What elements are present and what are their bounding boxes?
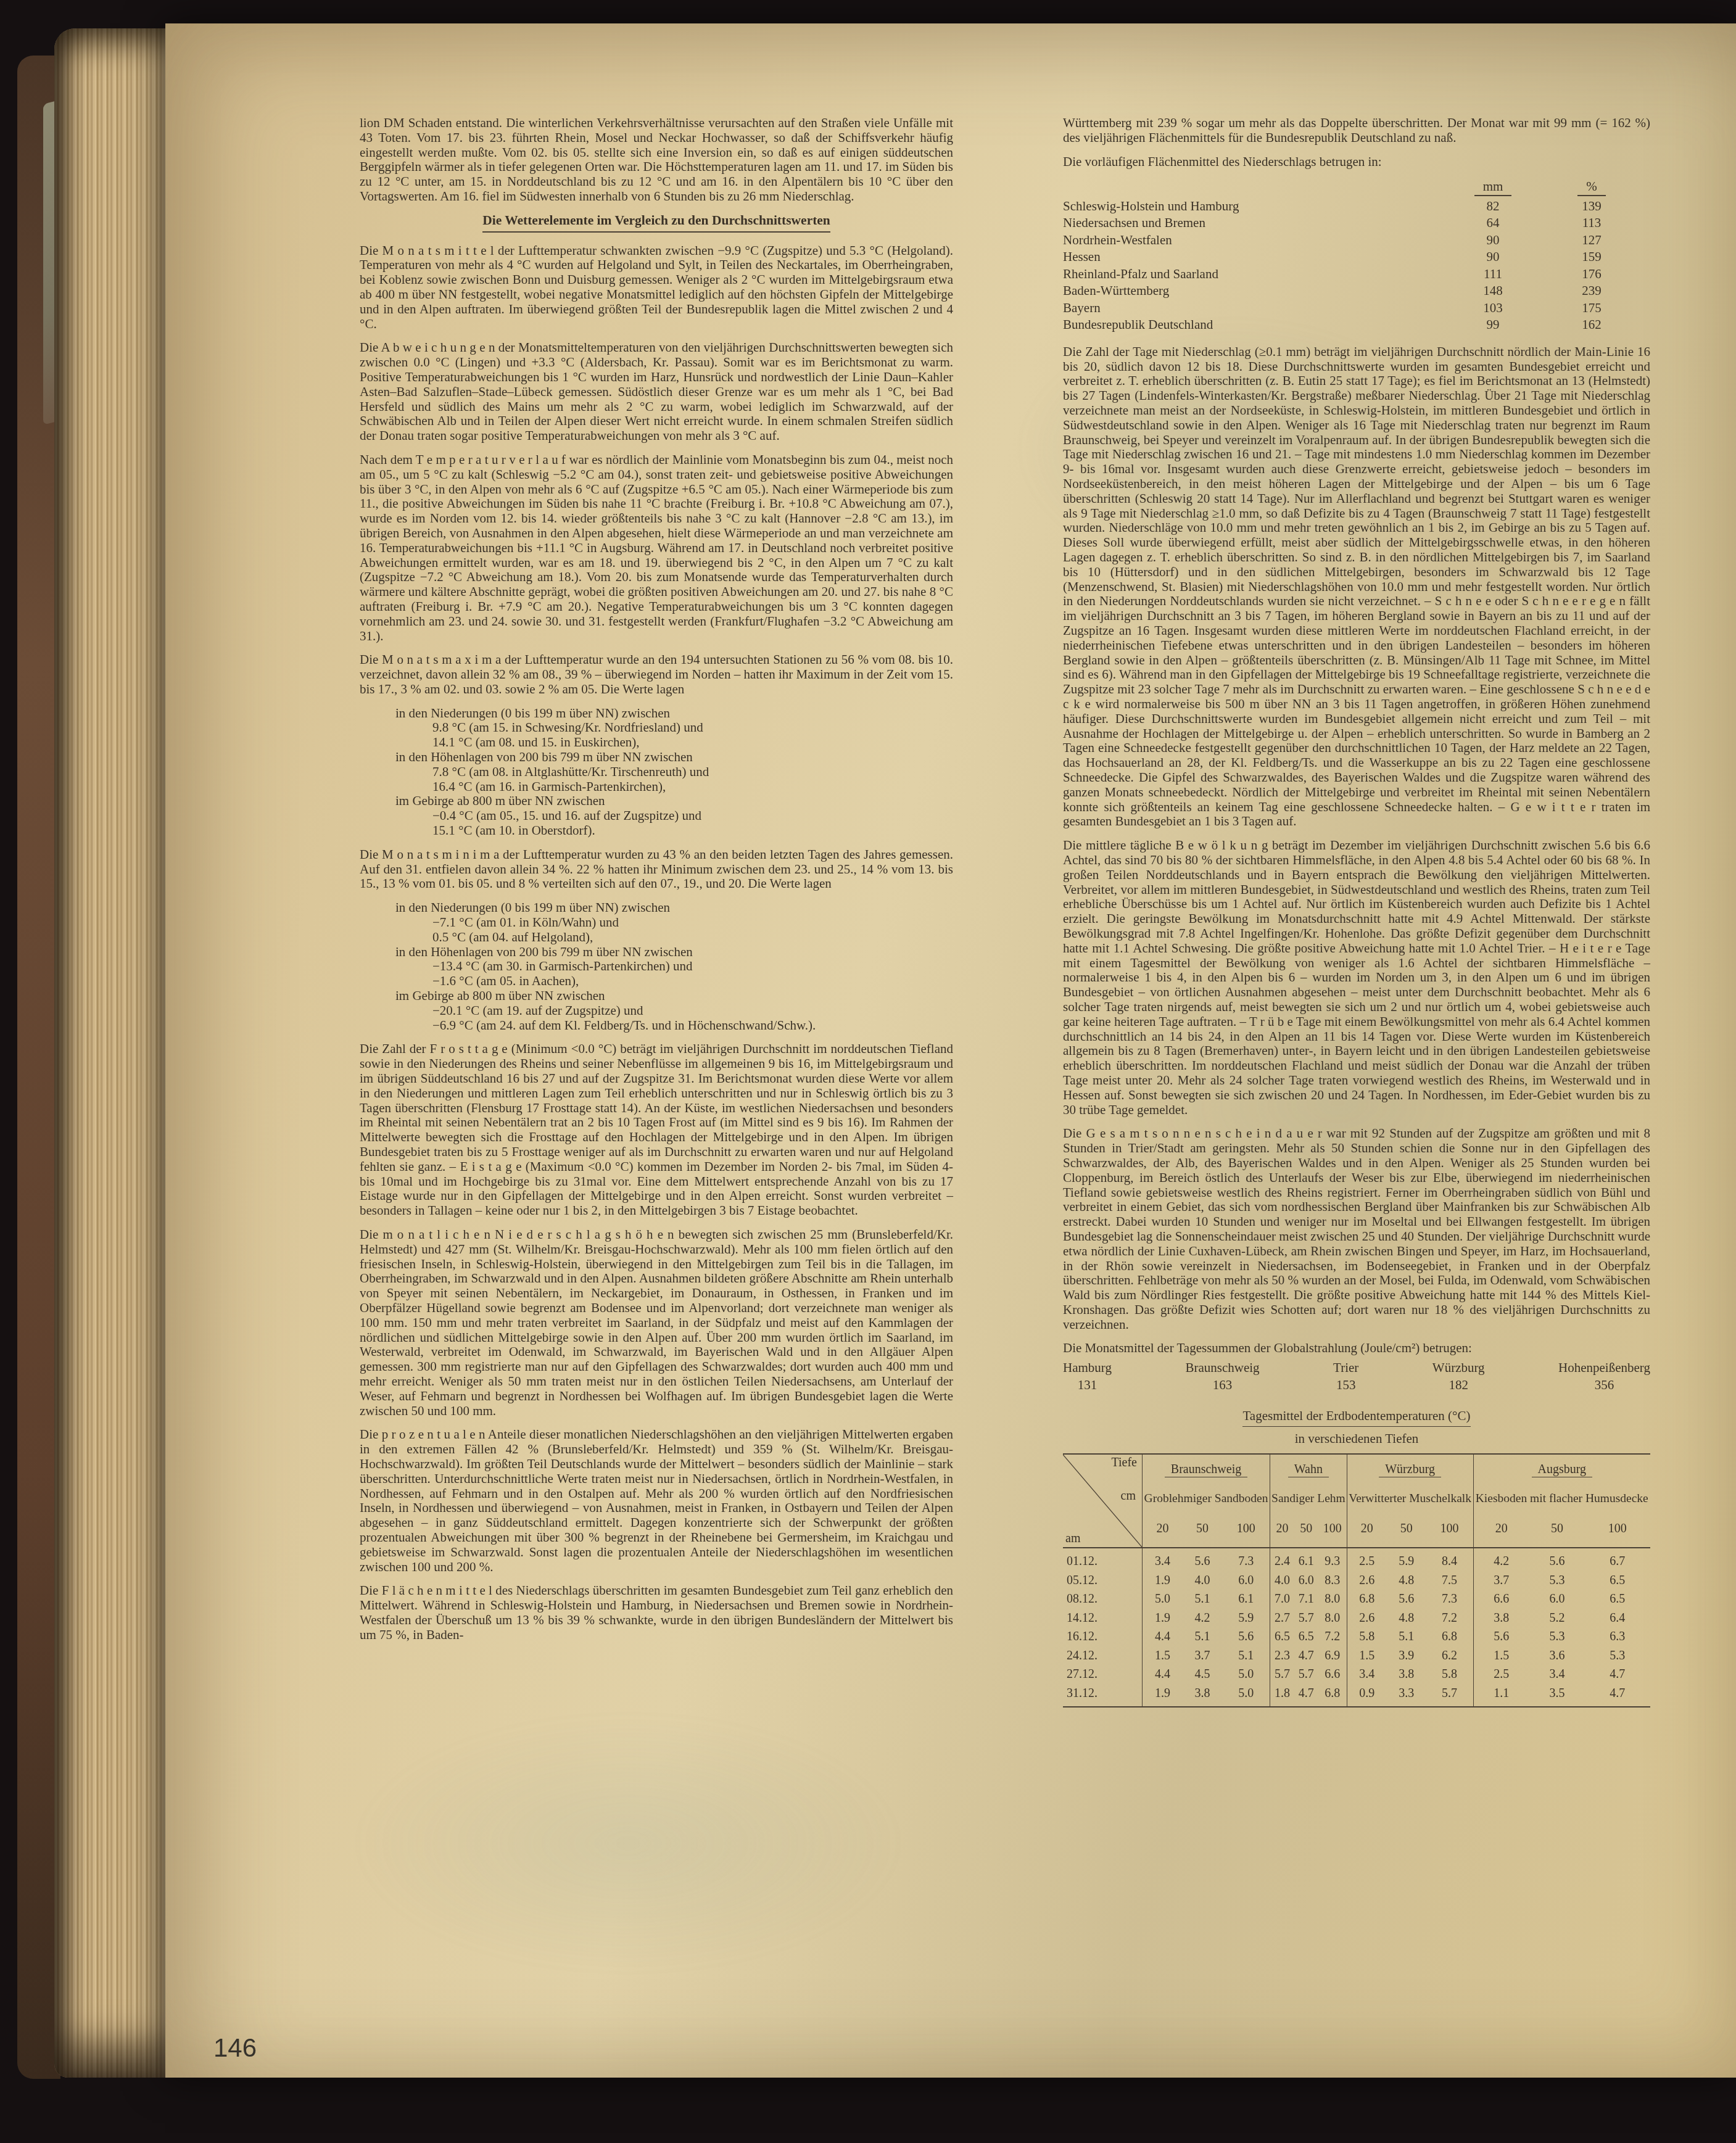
table-row: Schleswig-Holstein und Hamburg82139: [1063, 198, 1644, 215]
temperature-cell: 6.1: [1222, 1590, 1270, 1609]
paragraph-niederschlagshoehen: Die m o n a t l i c h e n N i e d e r s …: [360, 1228, 953, 1418]
maxima-list: in den Niederungen (0 bis 199 m über NN)…: [360, 706, 953, 838]
regions-table-rows: Schleswig-Holstein und Hamburg82139Niede…: [1063, 198, 1644, 334]
left-column: lion DM Schaden entstand. Die winterlich…: [360, 116, 953, 1652]
print-showthrough: [350, 1714, 906, 1973]
depth-header: 20: [1347, 1513, 1387, 1548]
level-high-value: −1.6 °C (am 05. in Aachen),: [360, 974, 953, 989]
temperature-cell: 5.0: [1222, 1684, 1270, 1707]
temperature-cell: 6.6: [1318, 1665, 1347, 1684]
level-low-value: 9.8 °C (am 15. in Schwesing/Kr. Nordfrie…: [360, 721, 953, 735]
temperature-cell: 6.0: [1222, 1571, 1270, 1590]
temperature-cell: 4.7: [1585, 1665, 1650, 1684]
paragraph-bewoelkung: Die mittlere tägliche B e w ö l k u n g …: [1063, 838, 1650, 1117]
level-high-value: 15.1 °C (am 10. in Oberstdorf).: [360, 824, 953, 838]
globalstrahlung-values: Hamburg131Braunschweig163Trier153Würzbur…: [1063, 1361, 1650, 1393]
station-header: Würzburg: [1347, 1454, 1473, 1485]
level-low-value: −13.4 °C (am 30. in Garmisch-Partenkirch…: [360, 959, 953, 974]
temperature-cell: 2.4: [1270, 1548, 1294, 1571]
region-percent-value: 159: [1539, 249, 1644, 266]
temperature-cell: 4.8: [1387, 1571, 1426, 1590]
region-mm-value: 103: [1447, 300, 1539, 317]
region-name: Schleswig-Holstein und Hamburg: [1063, 198, 1447, 215]
temperature-cell: 6.5: [1585, 1571, 1650, 1590]
temperature-cell: 6.4: [1585, 1609, 1650, 1628]
temperature-cell: 5.1: [1183, 1627, 1222, 1646]
globalstrahlung-intro: Die Monatsmittel der Tagessummen der Glo…: [1063, 1341, 1650, 1356]
temperature-cell: 1.5: [1143, 1646, 1183, 1666]
temperature-cell: 2.5: [1347, 1548, 1387, 1571]
temperature-cell: 7.3: [1426, 1590, 1473, 1609]
level-low-value: −0.4 °C (am 05., 15. und 16. auf der Zug…: [360, 809, 953, 824]
temperature-cell: 6.6: [1473, 1590, 1529, 1609]
temperature-cell: 3.7: [1183, 1646, 1222, 1666]
table-row: Rheinland-Pfalz und Saarland111176: [1063, 266, 1644, 283]
corner-label-tiefe: Tiefe: [1112, 1456, 1137, 1471]
temperature-cell: 2.6: [1347, 1571, 1387, 1590]
regions-precipitation-table: mm % Schleswig-Holstein und Hamburg82139…: [1063, 178, 1644, 334]
temperature-cell: 1.9: [1143, 1684, 1183, 1707]
table-row: 27.12.4.44.55.05.75.76.63.43.85.82.53.44…: [1063, 1665, 1650, 1684]
table-row: Hessen90159: [1063, 249, 1644, 266]
temperature-cell: 3.8: [1387, 1665, 1426, 1684]
paragraph-temperaturverlauf: Nach dem T e m p e r a t u r v e r l a u…: [360, 453, 953, 643]
region-name: Niedersachsen und Bremen: [1063, 215, 1447, 232]
temperature-cell: 6.5: [1270, 1627, 1294, 1646]
temperature-cell: 6.5: [1294, 1627, 1318, 1646]
temperature-cell: 7.0: [1270, 1590, 1294, 1609]
date-cell: 16.12.: [1063, 1627, 1143, 1646]
level-range: in den Höhenlagen von 200 bis 799 m über…: [360, 750, 953, 765]
temperature-cell: 4.7: [1585, 1684, 1650, 1707]
regions-table-intro: Die vorläufigen Flächenmittel des Nieder…: [1063, 155, 1650, 170]
station-name: Braunschweig: [1185, 1361, 1259, 1376]
paragraph-frosttage: Die Zahl der F r o s t t a g e (Minimum …: [360, 1042, 953, 1218]
region-mm-value: 90: [1447, 249, 1539, 266]
paragraph-abweichungen: Die A b w e i c h u n g e n der Monatsmi…: [360, 341, 953, 444]
temperature-cell: 5.3: [1585, 1646, 1650, 1666]
temperature-cell: 3.3: [1387, 1684, 1426, 1707]
depth-header: 20: [1143, 1513, 1183, 1548]
temperature-cell: 6.0: [1529, 1590, 1585, 1609]
temperature-cell: 4.0: [1183, 1571, 1222, 1590]
corner-label-cm: cm: [1121, 1489, 1136, 1504]
soil-table-header: Tiefe cm am Braunschweig Wahn Würzburg A…: [1063, 1454, 1650, 1548]
temperature-cell: 8.4: [1426, 1548, 1473, 1571]
temperature-cell: 3.8: [1473, 1609, 1529, 1628]
temperature-cell: 4.4: [1143, 1665, 1183, 1684]
table-row: 05.12.1.94.06.04.06.08.32.64.87.53.75.36…: [1063, 1571, 1650, 1590]
region-percent-value: 162: [1539, 316, 1644, 334]
depth-header: 50: [1387, 1513, 1426, 1548]
station-name: Würzburg: [1432, 1361, 1485, 1376]
region-name: Hessen: [1063, 249, 1447, 266]
station-cell: Hohenpeißenberg356: [1558, 1361, 1650, 1393]
temperature-cell: 5.6: [1473, 1627, 1529, 1646]
temperature-cell: 7.2: [1426, 1609, 1473, 1628]
temperature-cell: 7.5: [1426, 1571, 1473, 1590]
level-high-value: −6.9 °C (am 24. auf dem Kl. Feldberg/Ts.…: [360, 1018, 953, 1033]
table-row: 14.12.1.94.25.92.75.78.02.64.87.23.85.26…: [1063, 1609, 1650, 1628]
region-percent-value: 176: [1539, 266, 1644, 283]
temperature-cell: 6.0: [1294, 1571, 1318, 1590]
region-name: Baden-Württemberg: [1063, 283, 1447, 300]
station-header: Braunschweig: [1143, 1454, 1270, 1485]
station-value: 153: [1333, 1378, 1358, 1393]
level-low-value: −7.1 °C (am 01. in Köln/Wahn) und: [360, 915, 953, 930]
soil-table-title: Tagesmittel der Erdbodentemperaturen (°C…: [1063, 1409, 1650, 1427]
temperature-cell: 5.8: [1347, 1627, 1387, 1646]
region-mm-value: 148: [1447, 283, 1539, 300]
temperature-cell: 5.7: [1426, 1684, 1473, 1707]
temperature-cell: 6.8: [1347, 1590, 1387, 1609]
depth-header: 20: [1473, 1513, 1529, 1548]
station-header: Wahn: [1270, 1454, 1347, 1485]
minima-list: in den Niederungen (0 bis 199 m über NN)…: [360, 901, 953, 1033]
depth-header: 100: [1318, 1513, 1347, 1548]
depth-header-row: 2050100205010020501002050100: [1063, 1513, 1650, 1548]
table-row: 08.12.5.05.16.17.07.18.06.85.67.36.66.06…: [1063, 1590, 1650, 1609]
temperature-cell: 4.2: [1473, 1548, 1529, 1571]
region-mm-value: 99: [1447, 316, 1539, 334]
temperature-cell: 5.1: [1387, 1627, 1426, 1646]
region-percent-value: 239: [1539, 283, 1644, 300]
level-range: in den Höhenlagen von 200 bis 799 m über…: [360, 945, 953, 960]
soil-temperature-table: Tiefe cm am Braunschweig Wahn Würzburg A…: [1063, 1453, 1650, 1707]
temperature-cell: 5.6: [1387, 1590, 1426, 1609]
temperature-cell: 8.3: [1318, 1571, 1347, 1590]
level-high-value: 14.1 °C (am 08. und 15. in Euskirchen),: [360, 735, 953, 750]
temperature-cell: 3.4: [1347, 1665, 1387, 1684]
station-cell: Braunschweig163: [1185, 1361, 1259, 1393]
table-row: Niedersachsen und Bremen64113: [1063, 215, 1644, 232]
level-range: in den Niederungen (0 bis 199 m über NN)…: [360, 901, 953, 915]
soil-type-header: Kiesboden mit flacher Humusdecke: [1473, 1485, 1650, 1513]
paragraph-monatsmaxima: Die M o n a t s m a x i m a der Lufttemp…: [360, 653, 953, 696]
station-header: Augsburg: [1473, 1454, 1650, 1485]
temperature-cell: 4.7: [1294, 1684, 1318, 1707]
station-value: 163: [1185, 1378, 1259, 1393]
station-value: 131: [1063, 1378, 1112, 1393]
level-high-value: 0.5 °C (am 04. auf Helgoland),: [360, 930, 953, 945]
date-cell: 01.12.: [1063, 1548, 1143, 1571]
temperature-cell: 8.0: [1318, 1609, 1347, 1628]
station-name: Hamburg: [1063, 1361, 1112, 1376]
temperature-cell: 2.6: [1347, 1609, 1387, 1628]
temperature-cell: 6.1: [1294, 1548, 1318, 1571]
temperature-cell: 6.3: [1585, 1627, 1650, 1646]
column-header-percent: %: [1539, 178, 1644, 196]
paragraph-sonnenscheindauer: Die G e s a m t s o n n e n s c h e i n …: [1063, 1126, 1650, 1332]
temperature-cell: 5.7: [1294, 1609, 1318, 1628]
temperature-cell: 4.2: [1183, 1609, 1222, 1628]
region-mm-value: 64: [1447, 215, 1539, 232]
region-name: Rheinland-Pfalz und Saarland: [1063, 266, 1447, 283]
temperature-cell: 4.7: [1294, 1646, 1318, 1666]
temperature-cell: 6.8: [1318, 1684, 1347, 1707]
level-range: in den Niederungen (0 bis 199 m über NN)…: [360, 706, 953, 721]
table-row: 16.12.4.45.15.66.56.57.25.85.16.85.65.36…: [1063, 1627, 1650, 1646]
level-low-value: −20.1 °C (am 19. auf der Zugspitze) und: [360, 1004, 953, 1018]
temperature-cell: 5.3: [1529, 1627, 1585, 1646]
station-name: Trier: [1333, 1361, 1358, 1376]
temperature-cell: 5.3: [1529, 1571, 1585, 1590]
date-cell: 27.12.: [1063, 1665, 1143, 1684]
depth-header: 20: [1270, 1513, 1294, 1548]
regions-table-header: mm %: [1063, 178, 1644, 196]
temperature-cell: 5.7: [1270, 1665, 1294, 1684]
date-cell: 05.12.: [1063, 1571, 1143, 1590]
region-percent-value: 127: [1539, 232, 1644, 249]
table-row: Bundesrepublik Deutschland99162: [1063, 316, 1644, 334]
region-percent-value: 113: [1539, 215, 1644, 232]
station-cell: Hamburg131: [1063, 1361, 1112, 1393]
table-row: Nordrhein-Westfalen90127: [1063, 232, 1644, 249]
paragraph-monatsmittel: Die M o n a t s m i t t e l der Lufttemp…: [360, 244, 953, 332]
temperature-cell: 2.7: [1270, 1609, 1294, 1628]
temperature-cell: 3.6: [1529, 1646, 1585, 1666]
paragraph-tage-mit-niederschlag: Die Zahl der Tage mit Niederschlag (≥0.1…: [1063, 345, 1650, 829]
temperature-cell: 4.4: [1143, 1627, 1183, 1646]
temperature-cell: 4.8: [1387, 1609, 1426, 1628]
temperature-cell: 1.9: [1143, 1571, 1183, 1590]
soil-table-corner-cell: Tiefe cm am: [1063, 1454, 1143, 1548]
region-percent-value: 139: [1539, 198, 1644, 215]
station-cell: Trier153: [1333, 1361, 1358, 1393]
level-high-value: 16.4 °C (am 16. in Garmisch-Partenkirche…: [360, 780, 953, 795]
temperature-cell: 7.1: [1294, 1590, 1318, 1609]
temperature-cell: 6.9: [1318, 1646, 1347, 1666]
temperature-cell: 5.0: [1143, 1590, 1183, 1609]
temperature-cell: 2.5: [1473, 1665, 1529, 1684]
date-cell: 08.12.: [1063, 1590, 1143, 1609]
date-cell: 24.12.: [1063, 1646, 1143, 1666]
temperature-cell: 5.6: [1183, 1548, 1222, 1571]
region-percent-value: 175: [1539, 300, 1644, 317]
temperature-cell: 1.9: [1143, 1609, 1183, 1628]
depth-header: 50: [1183, 1513, 1222, 1548]
corner-label-am: am: [1065, 1532, 1080, 1546]
date-cell: 31.12.: [1063, 1684, 1143, 1707]
temperature-cell: 5.1: [1183, 1590, 1222, 1609]
stacked-page-edges: [54, 28, 179, 2078]
book-page: lion DM Schaden entstand. Die winterlich…: [165, 23, 1736, 2078]
temperature-cell: 1.8: [1270, 1684, 1294, 1707]
paragraph-monatsminima: Die M o n a t s m i n i m a der Lufttemp…: [360, 848, 953, 891]
depth-header: 100: [1222, 1513, 1270, 1548]
station-name: Hohenpeißenberg: [1558, 1361, 1650, 1376]
right-column: Württemberg mit 239 % sogar um mehr als …: [1063, 116, 1650, 1707]
station-cell: Würzburg182: [1432, 1361, 1485, 1393]
table-row: Baden-Württemberg148239: [1063, 283, 1644, 300]
temperature-cell: 0.9: [1347, 1684, 1387, 1707]
region-name: Bayern: [1063, 300, 1447, 317]
column-header-mm: mm: [1447, 178, 1539, 196]
level-range: im Gebirge ab 800 m über NN zwischen: [360, 794, 953, 809]
temperature-cell: 3.4: [1143, 1548, 1183, 1571]
paragraph-intro: lion DM Schaden entstand. Die winterlich…: [360, 116, 953, 204]
temperature-cell: 5.9: [1387, 1548, 1426, 1571]
temperature-cell: 5.2: [1529, 1609, 1585, 1628]
temperature-cell: 3.9: [1387, 1646, 1426, 1666]
temperature-cell: 5.6: [1529, 1548, 1585, 1571]
depth-header: 100: [1585, 1513, 1650, 1548]
temperature-cell: 5.7: [1294, 1665, 1318, 1684]
table-row: 01.12.3.45.67.32.46.19.32.55.98.44.25.66…: [1063, 1548, 1650, 1571]
temperature-cell: 5.8: [1426, 1665, 1473, 1684]
temperature-cell: 7.3: [1222, 1548, 1270, 1571]
station-value: 356: [1558, 1378, 1650, 1393]
soil-type-header: Verwitterter Muschelkalk: [1347, 1485, 1473, 1513]
temperature-cell: 7.2: [1318, 1627, 1347, 1646]
scanned-book-photo: lion DM Schaden entstand. Die winterlich…: [0, 0, 1736, 2143]
temperature-cell: 3.8: [1183, 1684, 1222, 1707]
temperature-cell: 1.1: [1473, 1684, 1529, 1707]
temperature-cell: 6.2: [1426, 1646, 1473, 1666]
table-row: Bayern103175: [1063, 300, 1644, 317]
soil-type-header: Sandiger Lehm: [1270, 1485, 1347, 1513]
region-name: Bundesrepublik Deutschland: [1063, 316, 1447, 334]
region-mm-value: 82: [1447, 198, 1539, 215]
paragraph-prozentuale-anteile: Die p r o z e n t u a l e n Anteile dies…: [360, 1427, 953, 1574]
temperature-cell: 6.5: [1585, 1590, 1650, 1609]
region-name: Nordrhein-Westfalen: [1063, 232, 1447, 249]
temperature-cell: 6.8: [1426, 1627, 1473, 1646]
temperature-cell: 1.5: [1347, 1646, 1387, 1666]
temperature-cell: 4.5: [1183, 1665, 1222, 1684]
temperature-cell: 3.4: [1529, 1665, 1585, 1684]
station-value: 182: [1432, 1378, 1485, 1393]
temperature-cell: 1.5: [1473, 1646, 1529, 1666]
depth-header: 100: [1426, 1513, 1473, 1548]
paragraph-wuerttemberg: Württemberg mit 239 % sogar um mehr als …: [1063, 116, 1650, 146]
temperature-cell: 5.9: [1222, 1609, 1270, 1628]
temperature-cell: 9.3: [1318, 1548, 1347, 1571]
depth-header: 50: [1529, 1513, 1585, 1548]
region-mm-value: 111: [1447, 266, 1539, 283]
table-row: 24.12.1.53.75.12.34.76.91.53.96.21.53.65…: [1063, 1646, 1650, 1666]
temperature-cell: 5.6: [1222, 1627, 1270, 1646]
temperature-cell: 6.7: [1585, 1548, 1650, 1571]
section-heading: Die Wetterelemente im Vergleich zu den D…: [360, 213, 953, 233]
depth-header: 50: [1294, 1513, 1318, 1548]
temperature-cell: 3.5: [1529, 1684, 1585, 1707]
region-mm-value: 90: [1447, 232, 1539, 249]
date-cell: 14.12.: [1063, 1609, 1143, 1628]
level-range: im Gebirge ab 800 m über NN zwischen: [360, 989, 953, 1004]
soil-table-body: 01.12.3.45.67.32.46.19.32.55.98.44.25.66…: [1063, 1548, 1650, 1707]
soil-type-header: Groblehmiger Sandboden: [1143, 1485, 1270, 1513]
temperature-cell: 4.0: [1270, 1571, 1294, 1590]
temperature-cell: 3.7: [1473, 1571, 1529, 1590]
temperature-cell: 2.3: [1270, 1646, 1294, 1666]
table-row: 31.12.1.93.85.01.84.76.80.93.35.71.13.54…: [1063, 1684, 1650, 1707]
level-low-value: 7.8 °C (am 08. in Altglashütte/Kr. Tirsc…: [360, 765, 953, 780]
temperature-cell: 8.0: [1318, 1590, 1347, 1609]
temperature-cell: 5.0: [1222, 1665, 1270, 1684]
page-number: 146: [213, 2033, 257, 2063]
paragraph-flaechenmittel: Die F l ä c h e n m i t t e l des Nieder…: [360, 1584, 953, 1642]
soil-table-subtitle: in verschiedenen Tiefen: [1063, 1432, 1650, 1447]
temperature-cell: 5.1: [1222, 1646, 1270, 1666]
